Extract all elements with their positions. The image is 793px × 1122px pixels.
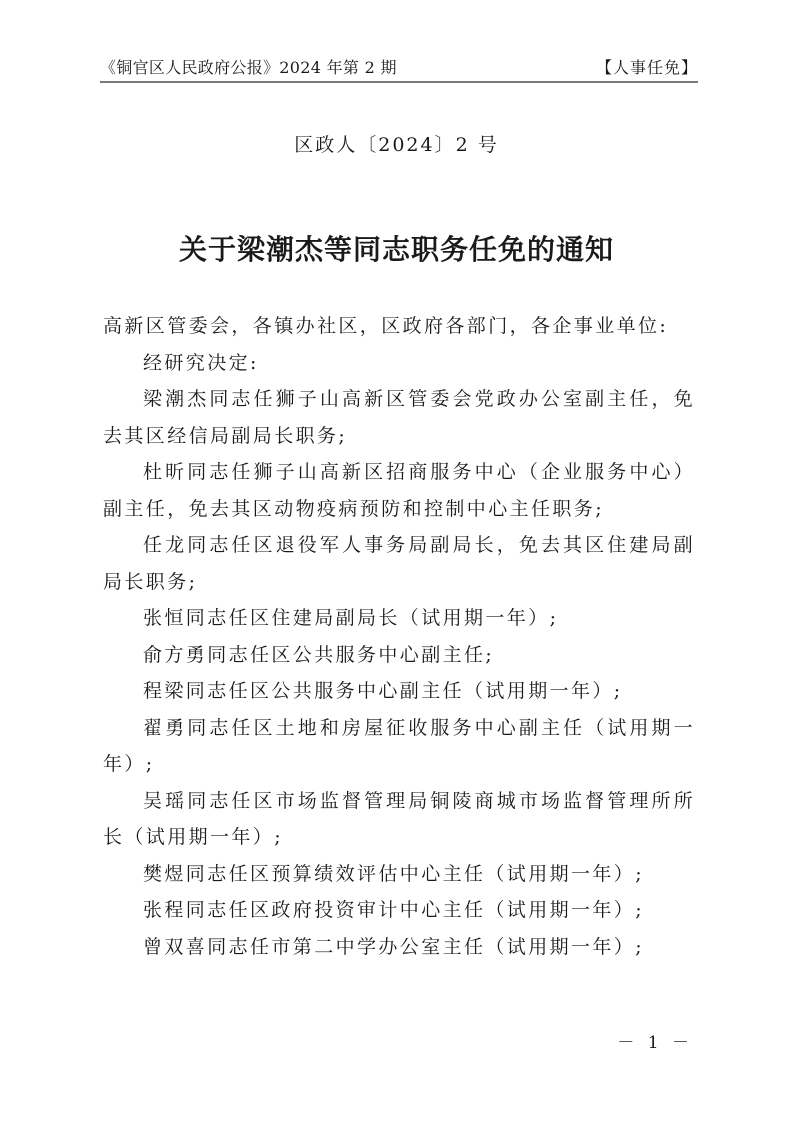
document-title: 关于梁潮杰等同志职务任免的通知 <box>0 228 793 268</box>
intro-text: 经研究决定: <box>103 345 695 382</box>
appointment-item: 俞方勇同志任区公共服务中心副主任; <box>103 637 695 674</box>
appointment-item: 吴瑶同志任区市场监督管理局铜陵商城市场监督管理所所长（试用期一年）; <box>103 783 695 856</box>
document-body: 高新区管委会，各镇办社区，区政府各部门，各企事业单位: 经研究决定: 梁潮杰同志… <box>103 308 695 965</box>
appointment-item: 杜昕同志任狮子山高新区招商服务中心（企业服务中心）副主任，免去其区动物疫病预防和… <box>103 454 695 527</box>
appointment-item: 程梁同志任区公共服务中心副主任（试用期一年）; <box>103 673 695 710</box>
appointment-item: 樊煜同志任区预算绩效评估中心主任（试用期一年）; <box>103 856 695 893</box>
appointment-item: 梁潮杰同志任狮子山高新区管委会党政办公室副主任，免去其区经信局副局长职务; <box>103 381 695 454</box>
page-number: － 1 － <box>617 1028 693 1053</box>
page-header: 《铜官区人民政府公报》2024 年第 2 期 【人事任免】 <box>100 55 698 83</box>
appointment-item: 张程同志任区政府投资审计中心主任（试用期一年）; <box>103 892 695 929</box>
appointment-item: 任龙同志任区退役军人事务局副局长，免去其区住建局副局长职务; <box>103 527 695 600</box>
section-label: 【人事任免】 <box>596 55 698 78</box>
addressee: 高新区管委会，各镇办社区，区政府各部门，各企事业单位: <box>103 308 695 345</box>
appointment-item: 翟勇同志任区土地和房屋征收服务中心副主任（试用期一年）; <box>103 710 695 783</box>
appointment-item: 张恒同志任区住建局副局长（试用期一年）; <box>103 600 695 637</box>
appointment-item: 曾双喜同志任市第二中学办公室主任（试用期一年）; <box>103 929 695 966</box>
document-number: 区政人〔2024〕2 号 <box>0 130 793 157</box>
publication-title: 《铜官区人民政府公报》2024 年第 2 期 <box>100 55 397 78</box>
